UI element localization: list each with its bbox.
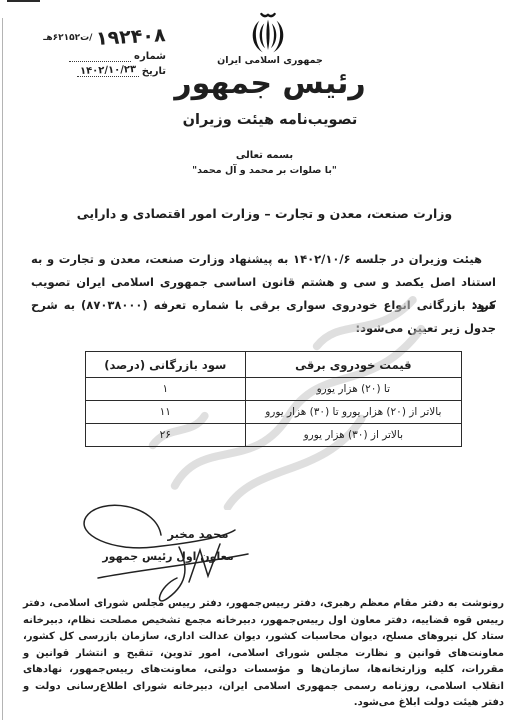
office-calligraphy: رئیس جمهور xyxy=(165,66,375,101)
signer-name: محمد مخبر xyxy=(156,527,240,541)
reference-block: ۱۹۲۴۰۸ /ت۶۲۱۵۲هـ شماره تاریخ ۱۴۰۲/۱۰/۲۳ xyxy=(6,26,166,77)
number-dotted-line xyxy=(69,61,131,62)
date-dotted-line: ۱۴۰۲/۱۰/۲۳ xyxy=(77,65,139,77)
reference-number: ۱۹۲۴۰۸ xyxy=(96,24,167,50)
date-label: تاریخ xyxy=(142,66,166,77)
price-cell: بالاتر از (۲۰) هزار یورو تا (۳۰) هزار یو… xyxy=(245,401,461,424)
profit-cell: ۱۱ xyxy=(86,401,246,424)
date-field: تاریخ ۱۴۰۲/۱۰/۲۳ xyxy=(6,65,166,77)
number-label: شماره xyxy=(134,51,166,62)
table-row: بالاتر از (۲۰) هزار یورو تا (۳۰) هزار یو… xyxy=(86,401,462,424)
number-field: شماره xyxy=(6,51,166,62)
column-header-profit: سود بازرگانی (درصد) xyxy=(86,352,246,378)
country-title: جمهوری اسلامی ایران xyxy=(195,55,345,66)
besmele-text: بسمه تعالی xyxy=(0,150,529,161)
table-header-row: قیمت خودروی برقی سود بازرگانی (درصد) xyxy=(86,352,462,378)
price-cell: تا (۲۰) هزار یورو xyxy=(245,378,461,401)
reference-line: ۱۹۲۴۰۸ /ت۶۲۱۵۲هـ xyxy=(6,26,166,48)
price-cell: بالاتر از (۳۰) هزار یورو xyxy=(245,424,461,447)
tariff-table: قیمت خودروی برقی سود بازرگانی (درصد) تا … xyxy=(85,351,462,447)
date-value: ۱۴۰۲/۱۰/۲۳ xyxy=(80,64,136,77)
table-row: بالاتر از (۳۰) هزار یورو ۲۶ xyxy=(86,424,462,447)
scan-smudge xyxy=(7,0,40,2)
distribution-note: رونوشت به دفتر مقام معظم رهبری، دفتر ریی… xyxy=(23,596,504,712)
body-paragraph-2: سود بازرگانی انواع خودروی سواری برقی با … xyxy=(31,294,496,340)
profit-cell: ۱ xyxy=(86,378,246,401)
salutation-text: "با صلوات بر محمد و آل محمد" xyxy=(0,165,529,176)
reference-suffix: /ت۶۲۱۵۲هـ xyxy=(43,33,92,43)
column-header-price: قیمت خودروی برقی xyxy=(245,352,461,378)
profit-cell: ۲۶ xyxy=(86,424,246,447)
scan-edge-line xyxy=(2,18,3,720)
doc-type-title: تصویب‌نامه هیئت وزیران xyxy=(160,112,380,128)
iran-emblem-icon xyxy=(249,9,287,55)
addressee-heading: وزارت صنعت، معدن و تجارت – وزارت امور اق… xyxy=(30,206,499,221)
table-row: تا (۲۰) هزار یورو ۱ xyxy=(86,378,462,401)
scanned-decree-document: ۱۹۲۴۰۸ /ت۶۲۱۵۲هـ شماره تاریخ ۱۴۰۲/۱۰/۲۳ … xyxy=(0,0,529,720)
signer-title: معاون اول رئیس جمهور xyxy=(99,550,237,563)
